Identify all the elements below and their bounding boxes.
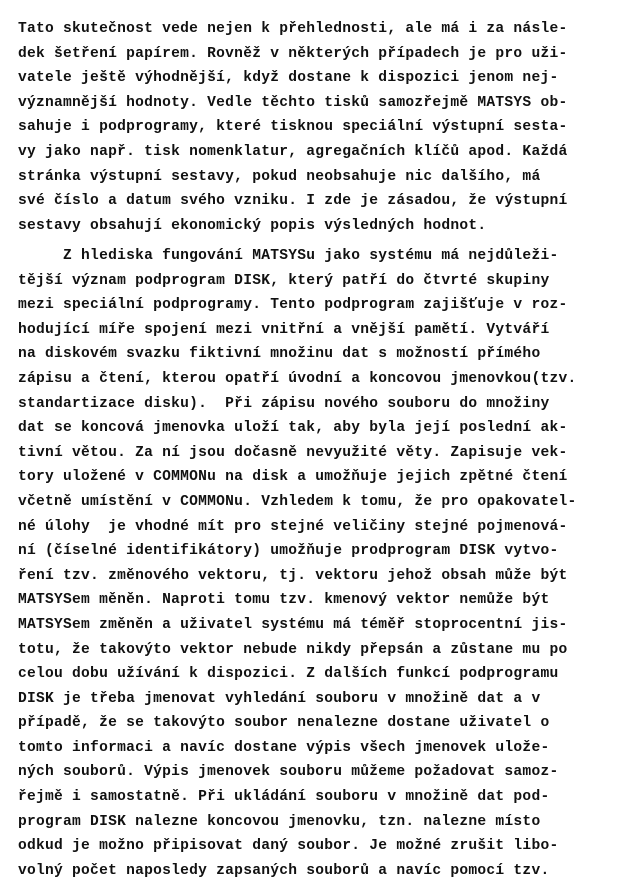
text-line: program DISK nalezne koncovou jmenovku, …: [18, 810, 638, 835]
text-line: standartizace disku). Při zápisu nového …: [18, 392, 638, 417]
text-line: řejmě i samostatně. Při ukládání souboru…: [18, 785, 638, 810]
text-line: Tato skutečnost vede nejen k přehlednost…: [18, 17, 638, 42]
text-line: Z hlediska fungování MATSYSu jako systém…: [18, 244, 638, 269]
text-line: případě, že se takovýto soubor nenalezne…: [18, 711, 638, 736]
text-line: tory uložené v COMMONu na disk a umožňuj…: [18, 465, 638, 490]
text-line: ní (číselné identifikátory) umožňuje pro…: [18, 539, 638, 564]
text-line: své číslo a datum svého vzniku. I zde je…: [18, 189, 638, 214]
paragraph-2: Z hlediska fungování MATSYSu jako systém…: [18, 244, 638, 877]
text-line: sahuje i podprogramy, které tisknou spec…: [18, 115, 638, 140]
text-line: vy jako např. tisk nomenklatur, agregačn…: [18, 140, 638, 165]
text-line: stránka výstupní sestavy, pokud neobsahu…: [18, 165, 638, 190]
text-line: celou dobu užívání k dispozici. Z dalšíc…: [18, 662, 638, 687]
text-line: vatele ještě výhodnější, když dostane k …: [18, 66, 638, 91]
text-line: ných souborů. Výpis jmenovek souboru můž…: [18, 760, 638, 785]
text-line: na diskovém svazku fiktivní množinu dat …: [18, 342, 638, 367]
text-line: mezi speciální podprogramy. Tento podpro…: [18, 293, 638, 318]
text-line: volný počet naposledy zapsaných souborů …: [18, 859, 638, 877]
text-line: dat se koncová jmenovka uloží tak, aby b…: [18, 416, 638, 441]
text-line: odkud je možno připisovat daný soubor. J…: [18, 834, 638, 859]
text-line: tivní větou. Za ní jsou dočasně nevyužit…: [18, 441, 638, 466]
text-line: totu, že takovýto vektor nebude nikdy př…: [18, 638, 638, 663]
text-line: sestavy obsahují ekonomický popis výsled…: [18, 214, 638, 239]
text-line: né úlohy je vhodné mít pro stejné veliči…: [18, 515, 638, 540]
paragraph-1: Tato skutečnost vede nejen k přehlednost…: [18, 17, 638, 238]
text-line: DISK je třeba jmenovat vyhledání souboru…: [18, 687, 638, 712]
text-line: ření tzv. změnového vektoru, tj. vektoru…: [18, 564, 638, 589]
text-line: významnější hodnoty. Vedle těchto tisků …: [18, 91, 638, 116]
text-line: včetně umístění v COMMONu. Vzhledem k to…: [18, 490, 638, 515]
text-line: dek šetření papírem. Rovněž v některých …: [18, 42, 638, 67]
text-line: tomto informaci a navíc dostane výpis vš…: [18, 736, 638, 761]
typewritten-page: Tato skutečnost vede nejen k přehlednost…: [0, 0, 640, 877]
text-line: tější význam podprogram DISK, který patř…: [18, 269, 638, 294]
text-line: hodující míře spojení mezi vnitřní a vně…: [18, 318, 638, 343]
text-line: MATSYSem měněn. Naproti tomu tzv. kmenov…: [18, 588, 638, 613]
text-line: zápisu a čtení, kterou opatří úvodní a k…: [18, 367, 638, 392]
text-line: MATSYSem změněn a uživatel systému má té…: [18, 613, 638, 638]
